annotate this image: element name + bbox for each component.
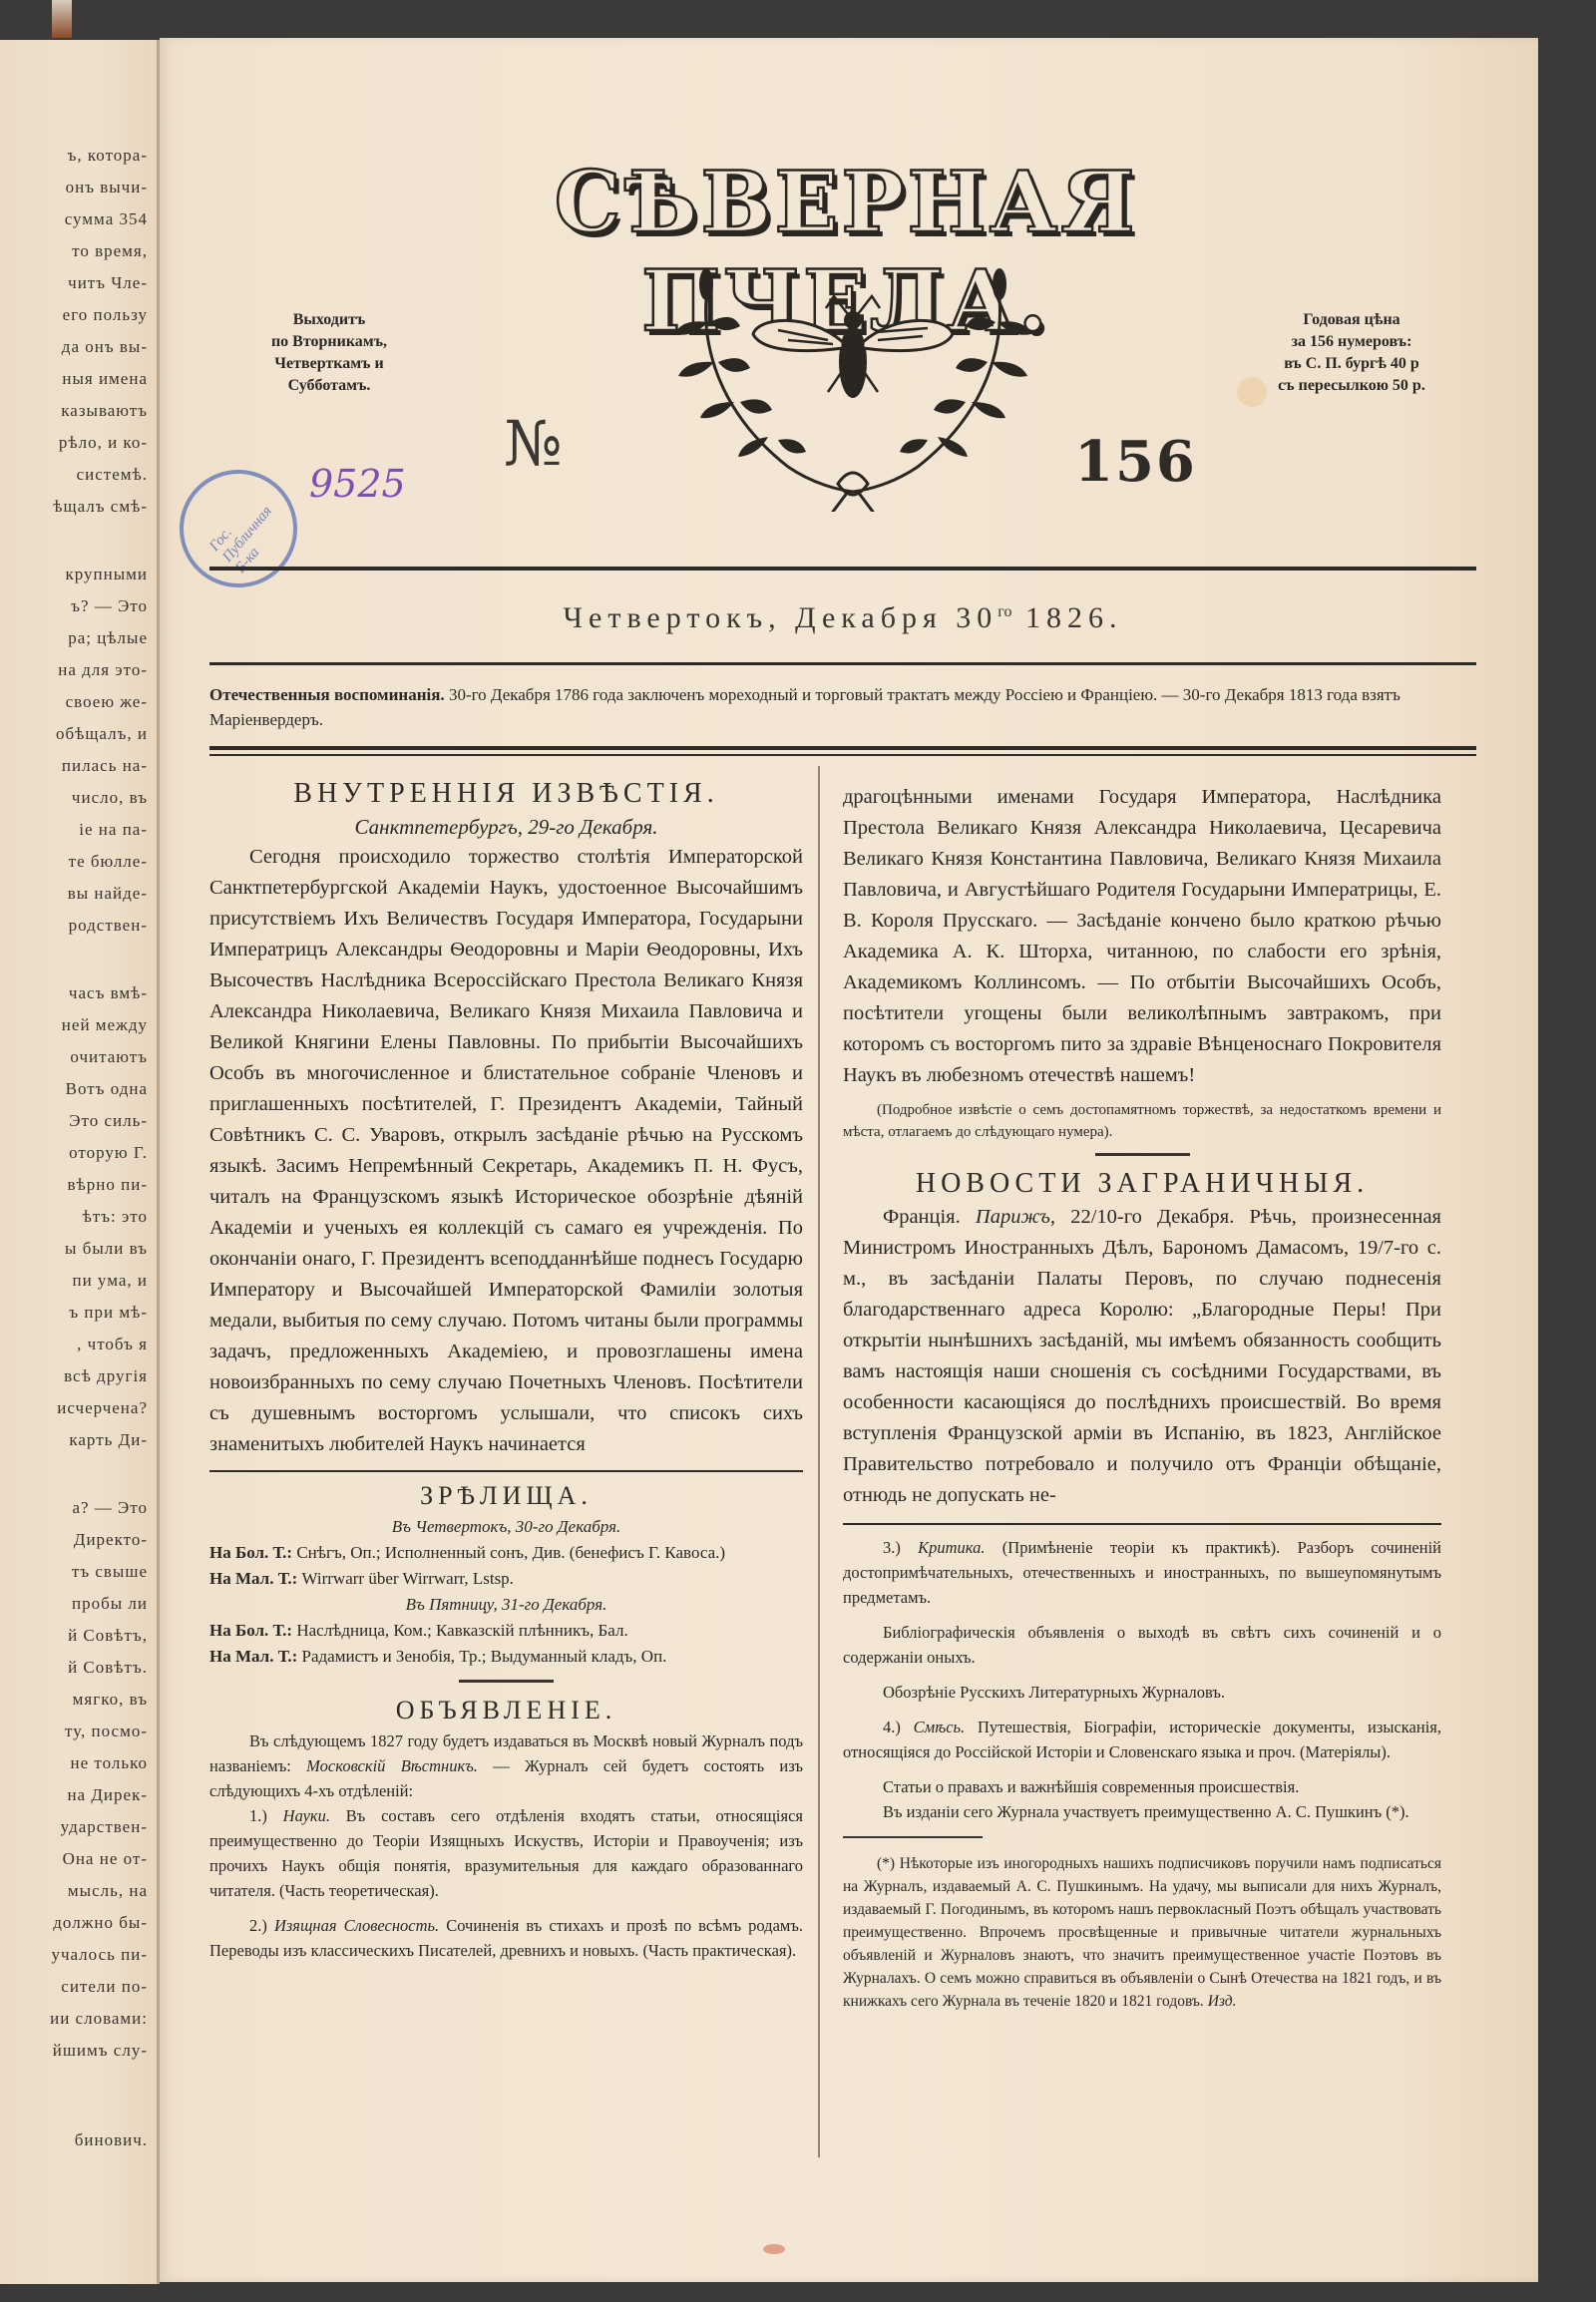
- footnote: (*) Нѣкоторые изъ иногородныхъ нашихъ по…: [843, 1852, 1441, 2013]
- theatre-venue: На Мал. Т.:: [209, 1569, 297, 1588]
- previous-page-line: обѣщалъ, и: [56, 724, 148, 744]
- right-column: драгоцѣнными именами Государя Императора…: [843, 782, 1441, 2013]
- previous-page-line: Вотъ одна: [66, 1079, 148, 1099]
- announcement-intro: Въ слѣдующемъ 1827 году будетъ издаватьс…: [209, 1728, 803, 1803]
- bee-wreath-icon: [638, 252, 1067, 512]
- theatre-program: Наслѣдница, Ком.; Кавказскій плѣнникъ, Б…: [296, 1621, 627, 1640]
- previous-page-line: мысль, на: [68, 1881, 148, 1901]
- previous-page-line: оторую Г.: [69, 1143, 148, 1163]
- previous-page-line: ту, посмо-: [65, 1722, 148, 1741]
- section-num: 3.): [883, 1538, 901, 1557]
- previous-page-line: ъ, котора-: [68, 146, 148, 166]
- section-name: Смѣсь.: [914, 1718, 966, 1736]
- theatre-entry: На Бол. Т.: Снѣгъ, Оп.; Исполненный сонъ…: [209, 1540, 803, 1566]
- previous-page-line: мягко, въ: [73, 1690, 148, 1710]
- previous-page-line: ныя имена: [62, 369, 148, 389]
- theatre-venue: На Бол. Т.:: [209, 1543, 292, 1562]
- previous-page-line: своею же-: [66, 692, 148, 712]
- news-text: Рѣчь, произнесенная Министромъ Иностранн…: [843, 1206, 1441, 1506]
- section-name: Критика.: [918, 1538, 985, 1557]
- price-line: за 156 нумеровъ:: [1237, 331, 1466, 353]
- footnote-text: (*) Нѣкоторые изъ иногородныхъ нашихъ по…: [843, 1852, 1441, 2013]
- announcement-section: 1.) Науки. Въ составъ сего отдѣленія вхо…: [209, 1803, 803, 1903]
- domestic-news-title: ВНУТРЕННІЯ ИЗВѢСТІЯ.: [209, 776, 803, 812]
- footnote-signature: Изд.: [1208, 1993, 1237, 2010]
- dateline-suffix: го: [997, 603, 1011, 620]
- section-short-rule: [459, 1680, 554, 1683]
- previous-page-line: исчерчена?: [57, 1398, 148, 1418]
- previous-page-line: й Совѣтъ,: [68, 1626, 148, 1646]
- previous-page-line: читъ Чле-: [68, 273, 148, 293]
- historical-memories: Отечественныя воспоминанія. 30-го Декабр…: [209, 682, 1436, 732]
- memories-heading: Отечественныя воспоминанія.: [209, 685, 445, 704]
- previous-page-line: іе на па-: [79, 820, 148, 840]
- previous-page-line: часъ вмѣ-: [69, 983, 148, 1003]
- country-label: Франція.: [883, 1206, 961, 1228]
- previous-page-line: Это силь-: [69, 1111, 148, 1131]
- domestic-news-continuation: драгоцѣнными именами Государя Императора…: [843, 782, 1441, 1091]
- announcement-body: Въ слѣдующемъ 1827 году будетъ издаватьс…: [209, 1728, 803, 1963]
- announcement-section: Въ изданіи сего Журнала участвуетъ преим…: [843, 1799, 1441, 1824]
- previous-page-line: ударствен-: [61, 1817, 148, 1837]
- previous-page-line: казываютъ: [61, 401, 148, 421]
- announcement-continued: 3.) Критика. (Примѣненіе теоріи къ практ…: [843, 1535, 1441, 1824]
- price-line: Годовая цѣна: [1237, 309, 1466, 331]
- memories-rule-bottom: [209, 754, 1476, 756]
- announcement-section: 4.) Смѣсь. Путешествія, Біографіи, истор…: [843, 1715, 1441, 1764]
- theatre-entry: На Бол. Т.: Наслѣдница, Ком.; Кавказскій…: [209, 1618, 803, 1644]
- dateline-rule: [209, 662, 1476, 665]
- previous-page-line: ра; цѣлые: [68, 628, 148, 648]
- section-short-rule: [1095, 1153, 1190, 1156]
- foreign-news-paragraph: Франція. Парижъ, 22/10-го Декабря. Рѣчь,…: [843, 1202, 1441, 1511]
- footnote-rule: [843, 1836, 983, 1838]
- section-num: 1.): [249, 1806, 267, 1825]
- schedule-line: Субботамъ.: [229, 375, 429, 397]
- schedule-line: Четверткамъ и: [229, 353, 429, 375]
- issue-number: 156: [1074, 429, 1197, 495]
- previous-page-line: его пользу: [63, 305, 148, 325]
- previous-page-line: ъ? — Это: [71, 596, 148, 616]
- foreign-news-title: НОВОСТИ ЗАГРАНИЧНЫЯ.: [843, 1166, 1441, 1202]
- inventory-number: 9525: [309, 462, 406, 506]
- city-label: Парижъ,: [976, 1206, 1055, 1228]
- paper-stain: [763, 2244, 785, 2254]
- previous-page-line: на для это-: [58, 660, 148, 680]
- issue-dateline: Четвертокъ, Декабря 30го 1826.: [209, 601, 1476, 635]
- theatre-program: Радамистъ и Зенобія, Тр.; Выдуманный кла…: [302, 1647, 667, 1666]
- theatre-day-date: Въ Четвертокъ, 30-го Декабря.: [209, 1514, 803, 1540]
- price-line: съ пересылкою 50 р.: [1237, 375, 1466, 397]
- announcement-section: 2.) Изящная Словесность. Сочиненія въ ст…: [209, 1913, 803, 1963]
- previous-page-line: ии словами:: [50, 2009, 148, 2029]
- journal-name: Московскій Вѣстникъ.: [306, 1756, 478, 1775]
- previous-page-line: ѣтъ: это: [83, 1207, 148, 1227]
- previous-page-line: да онъ вы-: [62, 337, 148, 357]
- previous-page-line: онъ вычи-: [66, 178, 148, 197]
- news-date: 22/10-го Декабря.: [1070, 1206, 1234, 1228]
- previous-page-line: Она не от-: [63, 1849, 148, 1869]
- previous-page-line: ы были въ: [65, 1239, 148, 1259]
- schedule-line: по Вторникамъ,: [229, 331, 429, 353]
- previous-page-line: й Совѣтъ.: [68, 1658, 148, 1678]
- previous-page-line: ѣщалъ смѣ-: [53, 497, 148, 517]
- column-divider: [818, 766, 820, 2157]
- announcement-section: 3.) Критика. (Примѣненіе теоріи къ практ…: [843, 1535, 1441, 1610]
- previous-page-line: ъ при мѣ-: [69, 1303, 148, 1323]
- previous-page-line: всѣ другія: [64, 1366, 148, 1386]
- footnote-body: (*) Нѣкоторые изъ иногородныхъ нашихъ по…: [843, 1855, 1441, 2010]
- announcement-title: ОБЪЯВЛЕНІЕ.: [209, 1693, 803, 1728]
- theatre-entry: На Мал. Т.: Wirrwarr über Wirrwarr, Lsts…: [209, 1566, 803, 1592]
- previous-page-line: пробы ли: [72, 1594, 148, 1614]
- previous-page-line: карть Ди-: [69, 1430, 148, 1450]
- previous-page-line: должно бы-: [53, 1913, 148, 1933]
- section-num: 4.): [883, 1718, 901, 1736]
- previous-page-line: на Дирек-: [67, 1785, 148, 1805]
- header-rule: [209, 567, 1476, 571]
- theatre-entry: На Мал. Т.: Радамистъ и Зенобія, Тр.; Вы…: [209, 1644, 803, 1670]
- previous-page-line: пи ума, и: [72, 1271, 148, 1291]
- announcement-section: Статьи о правахъ и важнѣйшія современныя…: [843, 1774, 1441, 1799]
- section-rule: [209, 1470, 803, 1472]
- previous-page-line: то время,: [72, 241, 148, 261]
- previous-page-line: не только: [70, 1753, 148, 1773]
- previous-page-line: очитаютъ: [70, 1047, 148, 1067]
- previous-page-line: вы найде-: [68, 884, 148, 904]
- announcement-section: Обозрѣніе Русскихъ Литературныхъ Журнало…: [843, 1680, 1441, 1705]
- domestic-news-dateline: Санктпетербургъ, 29-го Декабря.: [209, 812, 803, 842]
- domestic-news-note: (Подробное извѣстіе о семъ достопамятном…: [843, 1099, 1441, 1143]
- number-sign: №: [504, 407, 563, 480]
- section-name: Изящная Словесность.: [274, 1916, 439, 1935]
- binding-spine-tab: [52, 0, 72, 38]
- paper-stain: [1237, 377, 1267, 407]
- memories-rule-top: [209, 746, 1476, 750]
- previous-page-line: родствен-: [69, 916, 148, 936]
- previous-page-line: крупными: [65, 565, 148, 584]
- previous-page-line: йшимъ слу-: [53, 2041, 148, 2061]
- theatre-program: Снѣгъ, Оп.; Исполненный сонъ, Див. (бене…: [296, 1543, 725, 1562]
- previous-page-line: Директо-: [74, 1530, 148, 1550]
- theatre-venue: На Мал. Т.:: [209, 1647, 297, 1666]
- previous-page-line: те бюлле-: [69, 852, 148, 872]
- previous-page-line: сумма 354: [65, 209, 148, 229]
- previous-page-line: учалось пи-: [51, 1945, 148, 1965]
- section-rule: [843, 1523, 1441, 1525]
- theatre-program: Wirrwarr über Wirrwarr, Lstsp.: [302, 1569, 514, 1588]
- theatre-day-date: Въ Пятницу, 31-го Декабря.: [209, 1592, 803, 1618]
- previous-page-line: , чтобъ я: [77, 1335, 148, 1354]
- previous-page-line: пилась на-: [62, 756, 148, 776]
- previous-page-line: вѣрно пи-: [68, 1175, 148, 1195]
- domestic-news-paragraph: Сегодня происходило торжество столѣтія И…: [209, 842, 803, 1460]
- publication-schedule: Выходитъ по Вторникамъ, Четверткамъ и Су…: [229, 309, 429, 397]
- announcement-section: Библіографическія объявленія о выходѣ въ…: [843, 1620, 1441, 1670]
- newspaper-page: СѢВЕРНАЯ ПЧЕЛА.: [160, 38, 1538, 2282]
- previous-page-line: сители по-: [61, 1977, 148, 1997]
- subscription-price: Годовая цѣна за 156 нумеровъ: въ С. П. б…: [1237, 309, 1466, 397]
- section-num: 2.): [249, 1916, 267, 1935]
- previous-page-line: ней между: [62, 1015, 148, 1035]
- stamp-text: Гос. Публичная Б-ка: [206, 482, 298, 577]
- previous-page-line: рѣло, и ко-: [59, 433, 148, 453]
- dateline-text: Четвертокъ, Декабря 30: [564, 601, 998, 634]
- price-line: въ С. П. бургѣ 40 р: [1237, 353, 1466, 375]
- previous-page-line: число, въ: [72, 788, 148, 808]
- previous-page-line: системѣ.: [77, 465, 148, 485]
- dateline-year: 1826.: [1025, 601, 1123, 634]
- spectacles-listing: Въ Четвертокъ, 30-го Декабря. На Бол. Т.…: [209, 1514, 803, 1670]
- previous-page-line: бинович.: [75, 2130, 148, 2150]
- previous-page-fragment: ъ, котора-онъ вычи-сумма 354то время,чит…: [0, 40, 160, 2284]
- previous-page-line: тъ свыше: [72, 1562, 148, 1582]
- spectacles-title: ЗРѢЛИЩА.: [209, 1478, 803, 1514]
- left-column: ВНУТРЕННІЯ ИЗВѢСТІЯ. Санктпетербургъ, 29…: [209, 776, 803, 1963]
- theatre-venue: На Бол. Т.:: [209, 1621, 292, 1640]
- section-name: Науки.: [283, 1806, 330, 1825]
- schedule-line: Выходитъ: [229, 309, 429, 331]
- previous-page-line: а? — Это: [72, 1498, 148, 1518]
